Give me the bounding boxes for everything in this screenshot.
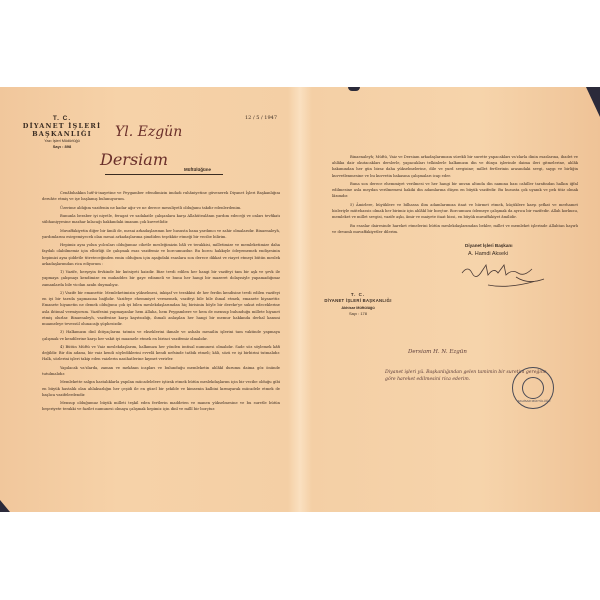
handwritten-addressee: Dersiam H. N. Ezgün: [408, 349, 467, 355]
signature-scribble-icon: [458, 259, 548, 289]
second-letterhead: T. C. DİYANET İŞLERİ BAŞKANLIĞI Akhisar …: [318, 292, 398, 316]
stamp-text: AKHİSAR MÜFTÜLÜĞÜ: [516, 399, 552, 403]
paragraph: Mensup olduğumuz büyük milleti teşkil ed…: [42, 400, 280, 412]
paragraph: Memlekette salgın hastalıklarla yapılan …: [42, 379, 280, 398]
right-page: Binaenaleyh; Müftü, Vaiz ve Dersiam arka…: [300, 87, 600, 512]
addressee: Müftülüğüne: [184, 167, 211, 172]
paragraph: 2) Vazife bir emanettir. Memleketimizin …: [42, 290, 280, 327]
stamp-crescent-icon: [522, 377, 544, 399]
letterhead-number: Sayı : 898: [22, 144, 102, 149]
paragraph: 1) Vazife, herşeyin fevkinde bir kutsiye…: [42, 269, 280, 288]
paragraph: Buna son derece ehemmiyet verilmesi ve h…: [332, 181, 578, 200]
letterhead-tc: T. C.: [22, 115, 102, 122]
official-stamp: AKHİSAR MÜFTÜLÜĞÜ: [512, 367, 554, 409]
signature-name: A. Hamdi Akseki: [468, 251, 508, 257]
second-letterhead-number: Sayı : 178: [318, 311, 398, 316]
letterhead: T. C. DİYANET İŞLERİ BAŞKANLIĞI Yazı İşl…: [22, 115, 102, 149]
addressee-underline: [105, 174, 223, 175]
second-letterhead-org: DİYANET İŞLERİ BAŞKANLIĞI: [318, 297, 398, 305]
left-body-text: Cenâbıhakkın lutf-ü-inayetine ve Peygamb…: [42, 190, 280, 415]
left-page: T. C. DİYANET İŞLERİ BAŞKANLIĞI Yazı İşl…: [0, 87, 300, 512]
right-body-text: Binaenaleyh; Müftü, Vaiz ve Dersiam arka…: [332, 154, 578, 237]
paragraph: Muvaffakiyetin diğer bir âmili de, mesai…: [42, 228, 280, 240]
handwritten-note-1: Yl. Ezgün: [115, 124, 182, 140]
document-sheet: T. C. DİYANET İŞLERİ BAŞKANLIĞI Yazı İşl…: [0, 87, 600, 512]
paragraph: Bununla beraber iyi niyetle, feragat ve …: [42, 213, 280, 225]
letterhead-org-line1: DİYANET İŞLERİ: [22, 122, 102, 130]
paragraph: Üzerime aldığım vazifenin ne kadar ağır …: [42, 205, 280, 211]
paragraph: Hepimiz aynı yolun yolcuları olduğumuz c…: [42, 242, 280, 267]
paragraph: 3) Halkımızın dinî ihtiyaçlarını tatmin …: [42, 329, 280, 341]
handwritten-note-2: Dersiam: [100, 150, 168, 169]
paragraph: Binaenaleyh; Müftü, Vaiz ve Dersiam arka…: [332, 154, 578, 179]
letter-date: 12 / 5 / 1947: [245, 115, 277, 121]
letterhead-org-line2: BAŞKANLIĞI: [22, 130, 102, 138]
signature-title: Diyanet İşleri Başkanı: [465, 243, 513, 248]
paragraph: Bu esaslar dairesinde hareket etmelerini…: [332, 223, 578, 235]
paragraph: Yapılacak va'zlarda, zaman ve mekânın ic…: [42, 365, 280, 377]
paragraph: 4) Bütün Müftü ve Vaiz meslekdaşlarım, h…: [42, 344, 280, 363]
paragraph: Cenâbıhakkın lutf-ü-inayetine ve Peygamb…: [42, 190, 280, 202]
paragraph: 5) Âmirlere, büyüklere ve bilhassa ilim …: [332, 202, 578, 221]
